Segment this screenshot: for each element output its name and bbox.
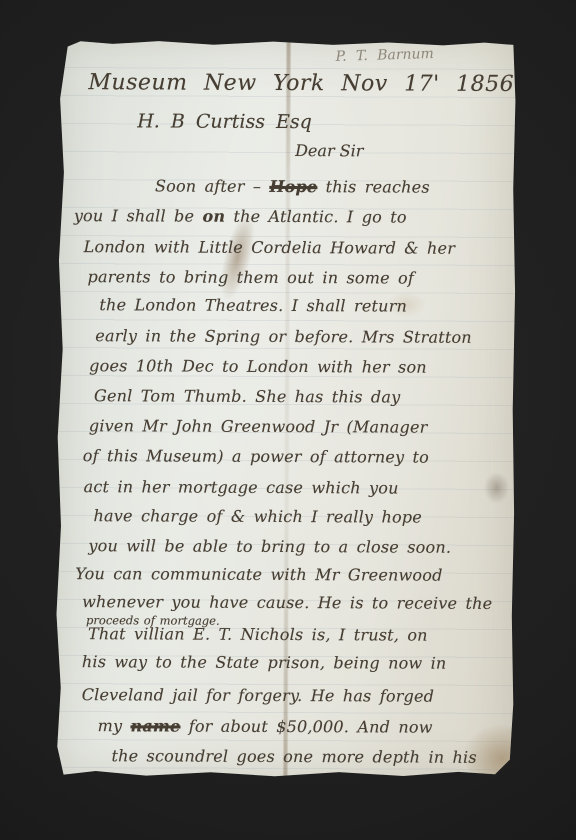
pencil-annotation: P. T. Barnum (335, 46, 434, 65)
handwriting-layer: P. T. Barnum Museum New York Nov 17' 185… (54, 40, 516, 778)
struck-word: name (130, 716, 180, 735)
body-line-text: you I shall be (74, 206, 203, 226)
body-line-text: this reaches (317, 177, 430, 196)
body-line: parents to bring them out in some of (88, 267, 415, 288)
body-line: Cleveland jail for forgery. He has forge… (82, 685, 434, 707)
body-line: given Mr John Greenwood Jr (Manager (89, 416, 428, 437)
body-line: Soon after – Hope this reaches (155, 176, 430, 197)
body-line: the scoundrel goes one more depth in his (111, 746, 476, 768)
body-line: That villian E. T. Nichols is, I trust, … (88, 624, 428, 645)
overwritten-word: on (202, 207, 225, 226)
body-line-text: Soon after – (155, 176, 269, 195)
photo-background: P. T. Barnum Museum New York Nov 17' 185… (0, 0, 576, 840)
body-line: goes 10th Dec to London with her son (89, 356, 427, 377)
body-line-text: the Atlantic. I go to (225, 207, 407, 227)
body-line-text: for about $50,000. And now (180, 717, 432, 737)
body-line: the London Theatres. I shall return (99, 295, 407, 316)
body-line: you I shall be on the Atlantic. I go to (74, 206, 407, 227)
letter-page: P. T. Barnum Museum New York Nov 17' 185… (54, 40, 516, 778)
body-line: you will be able to bring to a close soo… (88, 536, 451, 558)
body-line: act in her mortgage case which you (84, 477, 399, 498)
struck-word: Hope (269, 177, 317, 196)
body-line: have charge of & which I really hope (93, 506, 421, 527)
dateline: Museum New York Nov 17' 1856 (88, 70, 514, 97)
recipient-line: H. B Curtiss Esq (137, 110, 312, 133)
body-line: You can communicate with Mr Greenwood (75, 564, 442, 586)
body-line: early in the Spring or before. Mrs Strat… (95, 326, 472, 348)
body-line: London with Little Cordelia Howard & her (84, 237, 455, 259)
body-line: of this Museum) a power of attorney to (83, 446, 429, 468)
body-line: my name for about $50,000. And now (98, 716, 433, 737)
salutation: Dear Sir (295, 141, 363, 160)
body-line: his way to the State prison, being now i… (82, 652, 447, 674)
body-line: Genl Tom Thumb. She has this day (94, 386, 400, 407)
body-line-text: my (98, 716, 131, 735)
